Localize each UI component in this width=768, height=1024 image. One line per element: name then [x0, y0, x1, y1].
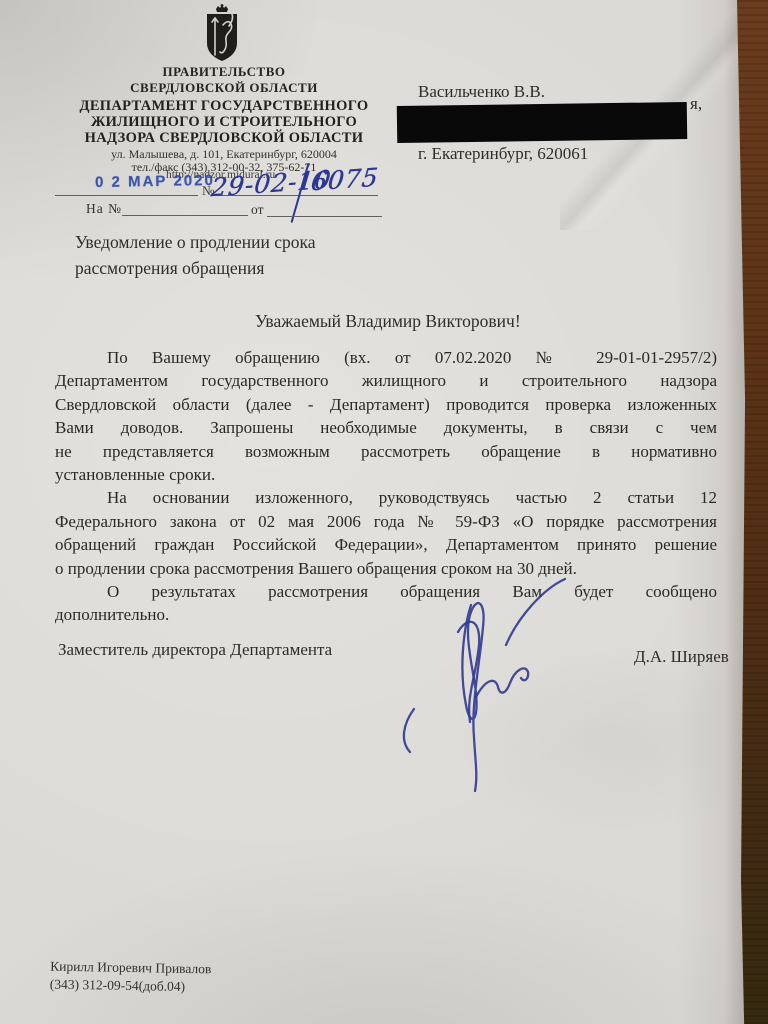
body-line: О результатах рассмотрения обращения Вам…: [55, 580, 717, 603]
salutation: Уважаемый Владимир Викторович!: [255, 311, 521, 332]
outgoing-number-handwritten: 6075: [310, 162, 381, 196]
reply-from-label: от: [251, 202, 263, 218]
body-line: По Вашему обращению (вх. от 07.02.2020 №…: [55, 346, 717, 369]
body-line: Свердловской области (далее - Департамен…: [55, 393, 717, 416]
body-line: Вами доводов. Запрошены необходимые доку…: [55, 416, 717, 439]
recipient-name: Васильченко В.В.: [418, 82, 545, 102]
footer-contact-phone: (343) 312-09-54(доб.04): [50, 976, 211, 997]
body-line: На основании изложенного, руководствуясь…: [55, 486, 717, 509]
government-line2: СВЕРДЛОВСКОЙ ОБЛАСТИ: [28, 80, 420, 96]
subject: Уведомление о продлении срока рассмотрен…: [75, 229, 316, 281]
date-blank-line: [55, 195, 198, 196]
body-line: о продлении срока рассмотрения Вашего об…: [55, 557, 717, 580]
body-line: обращений граждан Российской Федерации»,…: [55, 533, 717, 556]
body-line: не представляется возможным рассмотреть …: [55, 440, 717, 463]
recipient-address-fragment: я,: [690, 94, 702, 114]
department-line3: НАДЗОРА СВЕРДЛОВСКОЙ ОБЛАСТИ: [28, 130, 420, 147]
signoff-position: Заместитель директора Департамента: [58, 640, 332, 660]
signoff-name: Д.А. Ширяев: [634, 647, 729, 667]
body-line: Департаментом государственного жилищного…: [55, 369, 717, 392]
incoming-date-stamp: 0 2 МАР 2020: [95, 172, 215, 191]
government-line1: ПРАВИТЕЛЬСТВО: [28, 64, 420, 80]
department-line2: ЖИЛИЩНОГО И СТРОИТЕЛЬНОГО: [28, 114, 420, 131]
coat-of-arms-icon: [199, 3, 245, 63]
subject-line1: Уведомление о продлении срока: [75, 229, 316, 255]
reply-number-blank-line: [122, 215, 248, 216]
wooden-table-edge: [737, 0, 768, 1024]
subject-line2: рассмотрения обращения: [75, 255, 316, 281]
body-line: Федерального закона от 02 мая 2006 года …: [55, 510, 717, 533]
department-line1: ДЕПАРТАМЕНТ ГОСУДАРСТВЕННОГО: [28, 98, 420, 115]
reply-prefix: На №: [86, 201, 122, 217]
body-text: По Вашему обращению (вх. от 07.02.2020 №…: [55, 346, 717, 627]
redaction-bar: [397, 102, 687, 143]
footer-contact: Кирилл Игоревич Привалов (343) 312-09-54…: [50, 958, 212, 997]
body-line: дополнительно.: [55, 603, 717, 626]
reply-date-blank-line: [267, 216, 382, 217]
body-line: установленные сроки.: [55, 463, 717, 486]
recipient-city: г. Екатеринбург, 620061: [418, 144, 588, 164]
photographed-letter: { "letterhead": { "emblem": "sverdlovsk-…: [0, 0, 768, 1024]
signature-ink: [398, 575, 598, 800]
